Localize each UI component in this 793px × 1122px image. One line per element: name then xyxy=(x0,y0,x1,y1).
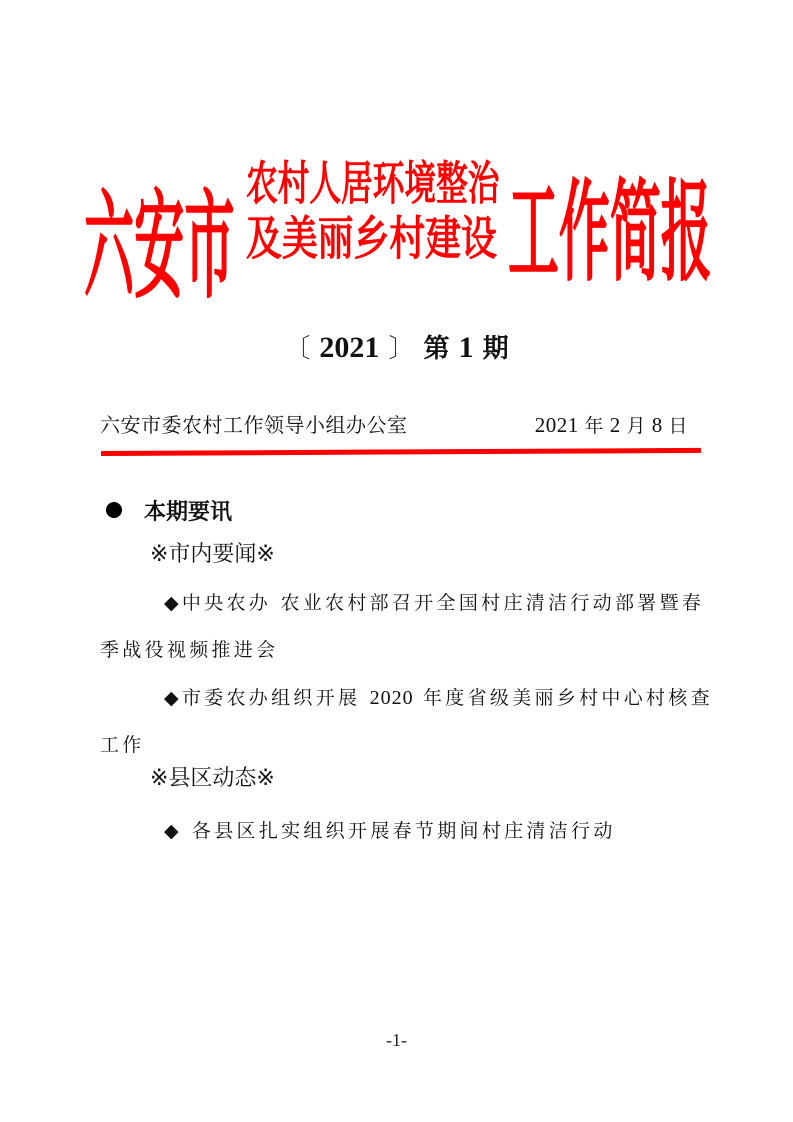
issue-suffix: 期 xyxy=(483,334,509,364)
news-item-1-line1: ◆中央农办 农业农村部召开全国村庄清洁行动部署暨春 xyxy=(100,588,700,635)
date-month: 2 xyxy=(610,413,621,437)
issue-number: 〔 2021 〕 第 1 期 xyxy=(0,328,793,369)
diamond-bullet-icon: ◆ xyxy=(164,820,182,842)
highlights-heading-text: 本期要讯 xyxy=(144,495,232,526)
news-item-3-text: 各县区扎实组织开展春节期间村庄清洁行动 xyxy=(192,820,616,842)
news-item-2-text-a: ◆市委农办组织开展 xyxy=(164,687,370,709)
masthead-brief-title: 工作简报 xyxy=(508,146,712,320)
date-month-unit: 月 xyxy=(626,415,646,437)
news-item-2-line1: ◆市委农办组织开展 2020 年度省级美丽乡村中心村核查 xyxy=(100,683,700,730)
issue-bracket-open: 〔 xyxy=(284,334,310,364)
news-item-1: ◆中央农办 农业农村部召开全国村庄清洁行动部署暨春 季战役视频推进会 xyxy=(100,588,700,682)
masthead-city: 六安市 xyxy=(84,146,234,348)
highlights-heading: 本期要讯 xyxy=(104,493,232,527)
issue-prefix: 第 xyxy=(424,334,450,364)
issuing-organization: 六安市委农村工作领导小组办公室 xyxy=(100,411,408,439)
news-item-2-year: 2020 xyxy=(370,687,414,709)
date-year: 2021 xyxy=(535,413,579,437)
date-day: 8 xyxy=(652,413,663,437)
news-item-1-line2: 季战役视频推进会 xyxy=(100,635,700,682)
page-number: -1- xyxy=(0,1028,793,1052)
date-day-unit: 日 xyxy=(668,415,688,437)
issue-date: 2021 年 2 月 8 日 xyxy=(535,411,688,440)
issue-bracket-close: 〕 xyxy=(388,334,414,364)
masthead-subtitle-line2: 及美丽乡村建设 xyxy=(246,200,537,280)
date-year-unit: 年 xyxy=(584,415,604,437)
section-title-county-news: ※县区动态※ xyxy=(150,762,275,796)
masthead: 六安市 农村人居环境整治 及美丽乡村建设 工作简报 xyxy=(0,0,793,300)
section-title-city-news: ※市内要闻※ xyxy=(150,538,275,572)
issue-meta: 六安市委农村工作领导小组办公室 2021 年 2 月 8 日 xyxy=(100,411,698,439)
news-item-2-text-b: 年度省级美丽乡村中心村核查 xyxy=(414,687,713,709)
news-item-3: ◆各县区扎实组织开展春节期间村庄清洁行动 xyxy=(164,816,616,846)
issue-year: 2021 xyxy=(319,331,379,364)
red-divider-rule xyxy=(101,448,701,456)
issue-num: 1 xyxy=(459,331,474,364)
bullet-dot-icon xyxy=(106,502,122,518)
masthead-subtitle: 农村人居环境整治 及美丽乡村建设 xyxy=(246,157,506,267)
